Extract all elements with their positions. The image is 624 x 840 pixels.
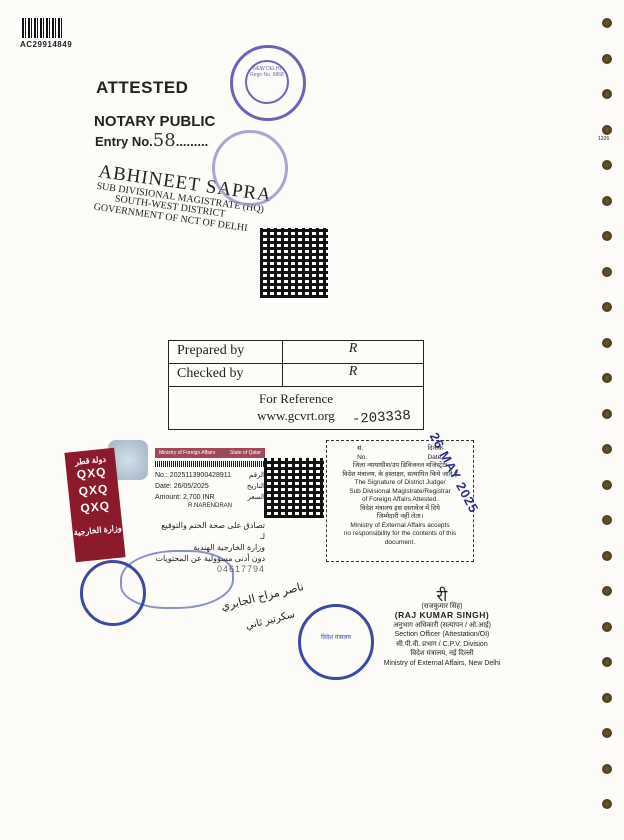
binding-hole-icon <box>602 586 612 596</box>
binding-hole-icon <box>602 89 612 99</box>
attest-line: document. <box>327 539 473 548</box>
sticker-amount: 2,700 INR <box>183 494 215 501</box>
amount-label: Amount: <box>155 494 181 501</box>
mofa-state: State of Qatar <box>230 450 261 456</box>
binding-hole-icon <box>602 125 612 135</box>
binding-hole-icon <box>602 196 612 206</box>
binding-hole-icon <box>602 444 612 454</box>
attest-line: जिम्मेदारी नहीं लेता। <box>327 513 473 522</box>
qr-code[interactable] <box>264 458 324 518</box>
qatar-signer-title: سكرتير ثاني <box>244 609 296 632</box>
entry-label: Entry No. <box>95 134 153 149</box>
no-label: No.: <box>155 472 168 479</box>
notary-public-label: NOTARY PUBLIC <box>94 113 215 130</box>
binding-hole-icon <box>602 338 612 348</box>
mea-seal: विदेश मंत्रालय <box>298 604 374 680</box>
binding-holes: 1326 <box>602 0 616 840</box>
entry-number: Entry No.58......... <box>95 130 208 151</box>
binding-hole-icon <box>602 267 612 277</box>
qatar-ministry: وزارة الخارجية <box>71 513 123 537</box>
barcode <box>22 18 62 38</box>
binding-hole-icon <box>602 799 612 809</box>
binding-hole-icon <box>602 480 612 490</box>
binding-hole-icon <box>602 515 612 525</box>
binding-hole-icon <box>602 160 612 170</box>
officer-division: सी.पी.वी. प्रभाग / C.P.V. Division <box>382 640 502 650</box>
mofa-header: Ministry of Foreign Affairs <box>159 450 215 456</box>
prepared-by-label: Prepared by <box>169 341 283 363</box>
officer-signature: री <box>382 592 502 602</box>
entry-value: 58 <box>153 130 176 151</box>
attest-line: विदेश मंत्रालय इस दस्तावेज में दिये <box>327 505 473 514</box>
officer-title-hi: अनुभाग अधिकारी (सत्यापन / ओ.आई) <box>382 621 502 631</box>
no-hi: सं. <box>357 445 367 454</box>
attest-line: of Foreign Affairs Attested. <box>327 496 473 505</box>
notary-seal: NEW DELHI Regn No. 6868 <box>230 45 306 121</box>
no-label-ar: الرقم <box>249 470 265 481</box>
reference-label: For Reference <box>169 391 423 408</box>
checked-by-label: Checked by <box>169 364 283 386</box>
checked-by-signature: R <box>283 364 423 386</box>
barcode-id: AC29914849 <box>20 40 72 49</box>
signature-scribble <box>120 550 234 609</box>
binding-hole-icon <box>602 551 612 561</box>
officer-title: Section Officer (Attestation/OI) <box>382 630 502 640</box>
binding-hole-icon <box>602 622 612 632</box>
binding-hole-icon <box>602 54 612 64</box>
binding-hole-icon <box>602 373 612 383</box>
date-label-ar: التاريخ <box>247 481 265 492</box>
binding-hole-icon <box>602 657 612 667</box>
attest-line: no responsibility for the contents of th… <box>327 530 473 539</box>
binding-hole-icon <box>602 18 612 28</box>
attest-line: Sub Divisional Magistrate/Registrar <box>327 488 473 497</box>
no-label: No. <box>357 454 367 463</box>
magistrate-seal <box>212 130 288 206</box>
officer-name: (RAJ KUMAR SINGH) <box>382 611 502 621</box>
qr-code[interactable] <box>260 228 328 298</box>
binding-hole-icon <box>602 764 612 774</box>
margin-number: 1326 <box>598 136 609 142</box>
mea-seal-text: विदेश मंत्रालय <box>301 633 371 641</box>
binding-hole-icon <box>602 728 612 738</box>
officer-ministry-hi: विदेश मंत्रालय, नई दिल्ली <box>382 649 502 659</box>
binding-hole-icon <box>602 693 612 703</box>
binding-hole-icon <box>602 302 612 312</box>
notary-seal-text: NEW DELHI Regn No. 6868 <box>247 66 287 78</box>
date-label: Date: <box>155 483 172 490</box>
attest-line: Ministry of External Affairs accepts <box>327 522 473 531</box>
binding-hole-icon <box>602 231 612 241</box>
prepared-by-signature: R <box>283 341 423 363</box>
section-officer-stamp: री (राजकुमार सिंह) (RAJ KUMAR SINGH) अनु… <box>382 592 502 668</box>
mofa-sticker: Ministry of Foreign AffairsState of Qata… <box>155 440 265 520</box>
sticker-date: 26/05/2025 <box>174 483 209 490</box>
ar-line: تصادق على صحة الختم والتوقيع لـ <box>155 520 265 542</box>
attested-stamp: ATTESTED <box>96 78 188 98</box>
binding-hole-icon <box>602 409 612 419</box>
amount-label-ar: السعر <box>247 492 265 503</box>
officer-ministry: Ministry of External Affairs, New Delhi <box>382 659 502 669</box>
sticker-name: R.NARENDRAN <box>155 503 265 509</box>
sticker-number: 2025113900428911 <box>170 472 231 479</box>
